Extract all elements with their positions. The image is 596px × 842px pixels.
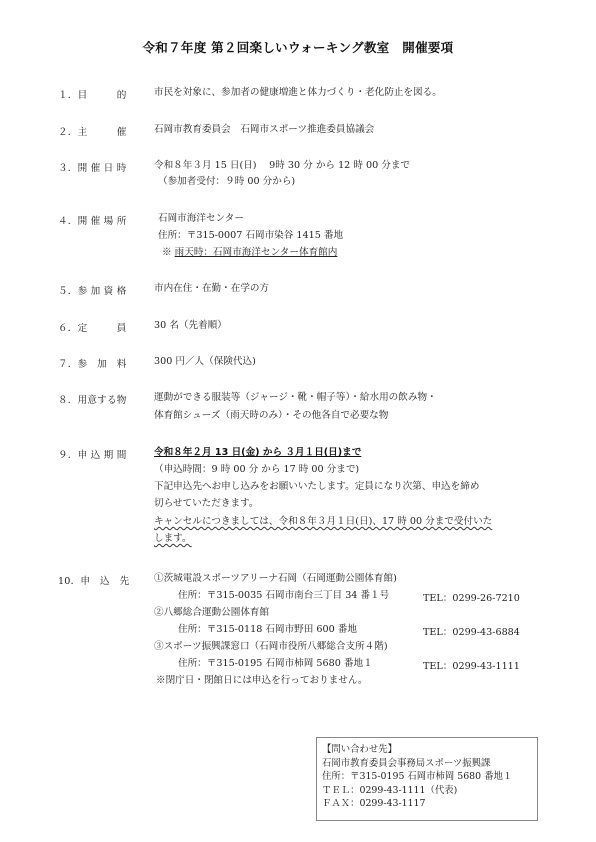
section-label: ７．参 加 料 xyxy=(58,356,150,370)
venue-name: 石岡市海洋センター xyxy=(158,213,244,225)
venue-2-address: 住所：〒315-0118 石岡市野田 600 番地 xyxy=(178,624,357,636)
contact-address: 住所：〒315-0195 石岡市柿岡 5680 番地１ xyxy=(322,770,537,784)
section-text: 石岡市教育委員会 石岡市スポーツ推進委員協議会 xyxy=(154,124,374,136)
section-label: ８．用意する物 xyxy=(58,392,150,406)
rain-note: ※ 雨天時：石岡市海洋センター体育館内 xyxy=(162,247,337,259)
note-mark: ※ xyxy=(162,247,175,258)
rain-venue-note: 雨天時：石岡市海洋センター体育館内 xyxy=(175,247,338,258)
application-instructions: 切らせていただきます。 xyxy=(154,498,258,510)
venue-3-name: ③スポーツ振興課窓口（石岡市役所八郷総合支所４階) xyxy=(154,641,388,653)
contact-box: 【問い合わせ先】 石岡市教育委員会事務局スポーツ振興課 住所：〒315-0195… xyxy=(316,737,538,821)
section-text: 300 円／人（保険代込) xyxy=(154,356,256,368)
venue-3-address: 住所：〒315-0195 石岡市柿岡 5680 番地１ xyxy=(178,658,373,670)
section-label: ５．参 加 資 格 xyxy=(58,283,150,297)
venue-1-name: ①茨城電設スポーツアリーナ石岡（石岡運動公園体育館) xyxy=(154,573,397,585)
section-text: 体育館シューズ（雨天時のみ）・その他各自で必要な物 xyxy=(154,410,388,422)
section-label: ２．主 催 xyxy=(58,124,150,138)
contact-fax: ＦＡＸ：0299-43-1117 xyxy=(322,797,537,811)
section-text: 市内在住・在勤・在学の方 xyxy=(154,283,269,295)
section-label: １．目 的 xyxy=(58,87,150,101)
document-title: 令和７年度 第２回楽しいウォーキング教室 開催要項 xyxy=(0,38,596,56)
closed-day-note: ※閉庁日・閉館日には申込を行っておりません。 xyxy=(156,675,368,687)
section-text: 運動ができる服装等（ジャージ・靴・帽子等）・給水用の飲み物・ xyxy=(154,392,437,404)
section-label: ９．申 込 期 間 xyxy=(58,447,150,461)
section-label: ３．開 催 日 時 xyxy=(58,160,150,174)
cancel-policy: キャンセルにつきましては、令和８年３月１日(日)、17 時 00 分まで受付いた xyxy=(154,516,492,528)
event-datetime: 令和８年３月 15 日(日) 9時 30 分 から 12 時 00 分まで xyxy=(154,160,410,172)
application-hours: （申込時間：9 時 00 分 から 17 時 00 分まで) xyxy=(154,464,359,476)
section-label: ４．開 催 場 所 xyxy=(58,213,150,227)
venue-1-address: 住所：〒315-0035 石岡市南台三丁目 34 番１号 xyxy=(178,590,389,602)
contact-org: 石岡市教育委員会事務局スポーツ振興課 xyxy=(322,757,537,771)
contact-heading: 【問い合わせ先】 xyxy=(322,743,537,757)
section-text: 市民を対象に、参加者の健康増進と体力づくり・老化防止を図る。 xyxy=(154,87,442,99)
contact-tel: ＴＥＬ：0299-43-1111（代表) xyxy=(322,784,537,798)
section-text: 30 名（先着順） xyxy=(154,320,227,332)
venue-1-tel: TEL：0299-26-7210 xyxy=(423,590,520,604)
section-label: 10．申 込 先 xyxy=(58,573,150,587)
cancel-policy: します。 xyxy=(154,533,192,545)
application-period: 令和８年２月 13 日(金) から ３月１日(日)まで xyxy=(154,447,361,459)
application-instructions: 下記申込先へお申し込みをお願いいたします。定員になり次第、申込を締め xyxy=(154,481,479,493)
reception-time: （参加者受付：９時 00 分から) xyxy=(158,176,295,188)
section-label: ６．定 員 xyxy=(58,320,150,334)
venue-2-name: ②八郷総合運動公園体育館 xyxy=(154,607,269,619)
venue-address: 住所：〒315-0007 石岡市染谷 1415 番地 xyxy=(158,230,343,242)
venue-3-tel: TEL：0299-43-1111 xyxy=(423,658,520,672)
venue-2-tel: TEL：0299-43-6884 xyxy=(423,624,520,638)
